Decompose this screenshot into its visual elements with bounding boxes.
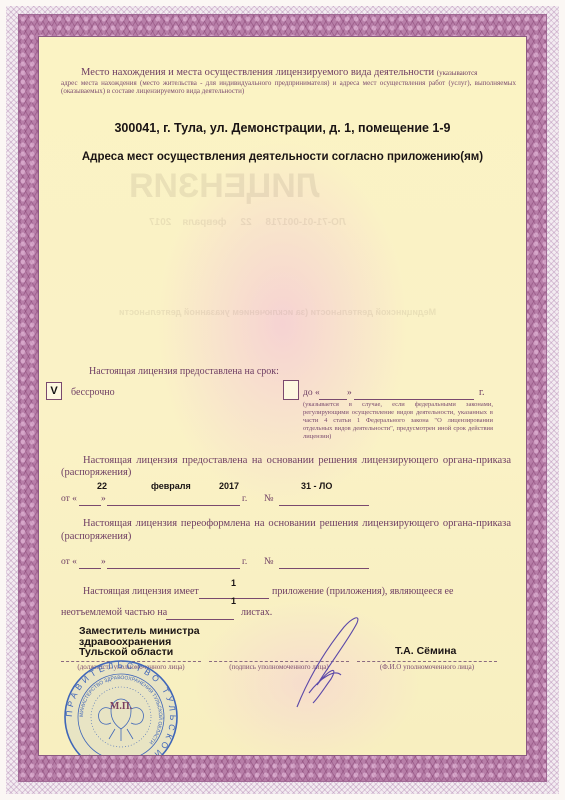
annex-text-after: приложение (приложения), являющееся ее	[272, 586, 453, 597]
basis-number-field[interactable]	[279, 505, 369, 506]
until-mid: »	[347, 388, 352, 398]
annex-sheets: 1	[231, 596, 236, 606]
svg-text:М.П.: М.П.	[110, 701, 133, 712]
basis-from: от «	[61, 494, 77, 504]
address: 300041, г. Тула, ул. Демонстрации, д. 1,…	[39, 121, 526, 135]
location-note: адрес места нахождения (место жительства…	[61, 79, 516, 95]
location-note-inline: (указываются	[437, 69, 478, 77]
basis-year-suffix: г.	[242, 494, 247, 504]
signatory-position: Заместитель министра здравоохранения Тул…	[79, 626, 200, 658]
annex-sheets-field[interactable]	[166, 619, 234, 620]
handwritten-signature	[269, 607, 379, 717]
basis-year: 2017	[219, 481, 239, 491]
perpetual-label: бессрочно	[71, 387, 115, 398]
show-through-watermark: ЛИЦЕНЗИЯ	[129, 167, 320, 206]
basis-day: 22	[97, 481, 107, 491]
reissue-number-field[interactable]	[279, 568, 369, 569]
basis-quote-close: »	[101, 494, 106, 504]
until-suffix: г.	[479, 387, 484, 398]
basis-month-field[interactable]	[107, 505, 240, 506]
license-page: ЛИЦЕНЗИЯ ЛО-71-01-001718 22 февраля 2017…	[38, 36, 527, 756]
reissue-number-sign: №	[264, 556, 274, 567]
annex-text-end: листах.	[241, 607, 272, 618]
basis-day-field[interactable]	[79, 505, 101, 506]
annex-count: 1	[231, 578, 236, 588]
reissue-from: от «	[61, 557, 77, 567]
addresses-annex: Адреса мест осуществления деятельности с…	[39, 151, 526, 163]
location-heading: Место нахождения и места осуществления л…	[61, 67, 434, 78]
term-heading: Настоящая лицензия предоставлена на срок…	[89, 366, 279, 377]
official-seal: ПРАВИТЕЛЬСТВО ТУЛЬСКОЙ ОБЛАСТИ МИНИСТЕРС…	[61, 657, 181, 756]
reissue-heading: Настоящая лицензия переоформлена на осно…	[61, 517, 511, 543]
until-note: (указывается в случае, если федеральными…	[303, 401, 493, 441]
signatory-position-line: Заместитель министра	[79, 626, 200, 637]
until-month-field[interactable]	[354, 399, 474, 400]
basis-number: 31 - ЛО	[301, 481, 332, 491]
show-through-watermark: ЛО-71-01-001718 22 февраля 2017	[149, 217, 346, 228]
annex-text-line2: неотъемлемой частью на	[61, 607, 167, 618]
reissue-quote-close: »	[101, 557, 106, 567]
annex-text-before: Настоящая лицензия имеет	[83, 586, 199, 597]
signatory-position-line: Тульской области	[79, 647, 200, 658]
until-prefix: до «	[303, 388, 320, 398]
reissue-year-suffix: г.	[242, 557, 247, 567]
reissue-month-field[interactable]	[107, 568, 240, 569]
until-day-field[interactable]	[319, 399, 347, 400]
basis-heading: Настоящая лицензия предоставлена на осно…	[61, 455, 511, 479]
signatory-name: Т.А. Сёмина	[395, 645, 456, 657]
location-heading-block: Место нахождения и места осуществления л…	[61, 67, 516, 79]
show-through-watermark: Медицинской деятельности (за исключением…	[119, 307, 436, 317]
perpetual-checkbox[interactable]: V	[46, 382, 62, 400]
basis-number-sign: №	[264, 493, 274, 504]
until-date-checkbox[interactable]	[283, 380, 299, 400]
basis-month: февраля	[151, 481, 191, 491]
reissue-day-field[interactable]	[79, 568, 101, 569]
